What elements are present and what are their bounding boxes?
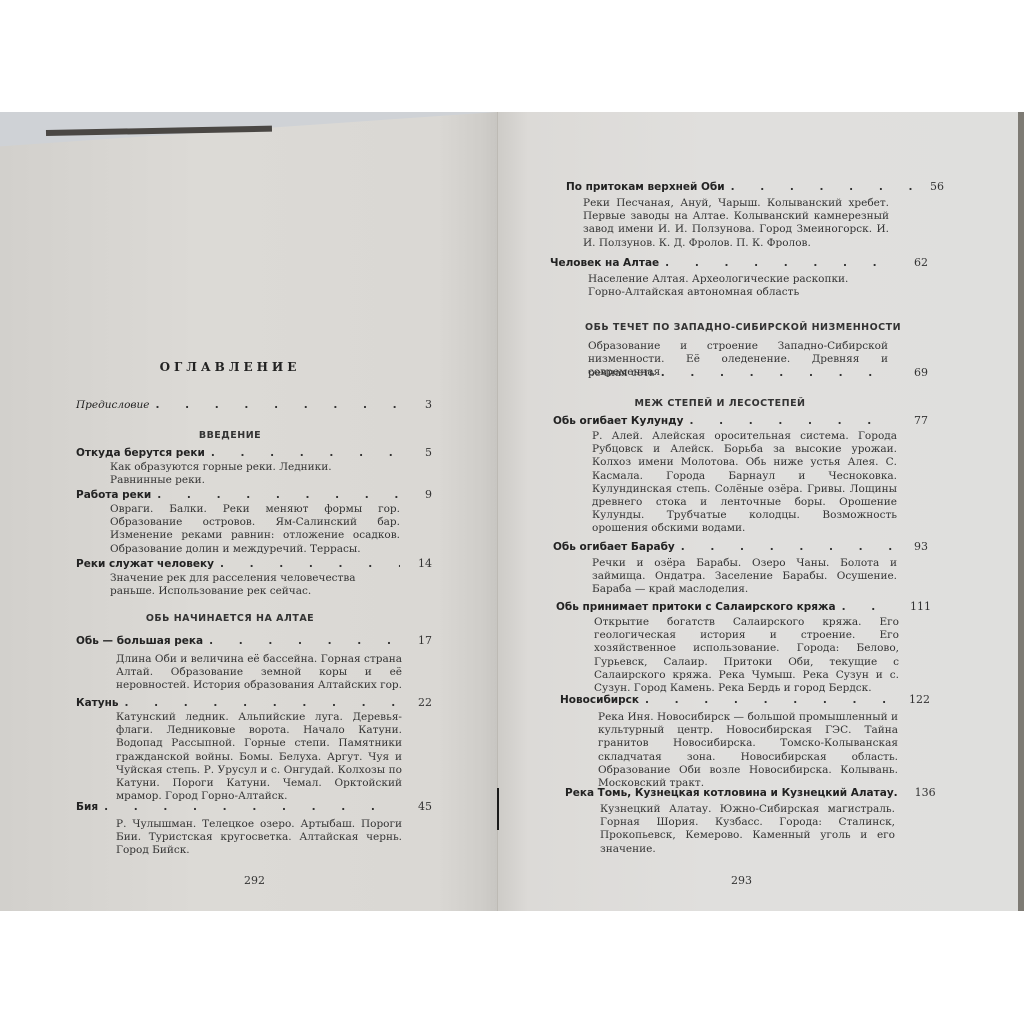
entry-label: Откуда берутся реки <box>76 447 205 459</box>
toc-entry[interactable]: Откуда берутся реки . . . . . . . . . . … <box>76 446 432 459</box>
entry-page: 93 <box>902 540 928 553</box>
leader-dots: . . . . . . . . . . . . . . . . . . . . <box>209 635 400 647</box>
entry-label: Предисловие <box>76 399 150 411</box>
entry-description: Река Иня. Новосибирск — большой промышле… <box>598 711 898 790</box>
entry-label: Катунь <box>76 697 119 709</box>
entry-description: Длина Оби и величина её бассейна. Горная… <box>116 653 402 693</box>
entry-page: 17 <box>406 634 432 647</box>
entry-description: Значение рек для расселения человечества… <box>110 572 400 598</box>
entry-label: Человек на Алтае <box>550 257 659 269</box>
entry-description: Реки Песчаная, Ануй, Чарыш. Колыванский … <box>583 197 889 250</box>
entry-description: Р. Алей. Алейская оросительная система. … <box>592 430 897 536</box>
entry-page: 122 <box>904 693 930 706</box>
entry-description: Кузнецкий Алатау. Южно-Сибирская магистр… <box>600 803 895 856</box>
entry-description: Катунский ледник. Альпийские луга. Дерев… <box>116 711 402 803</box>
entry-page: 14 <box>406 557 432 570</box>
toc-entry[interactable]: Обь — большая река . . . . . . . . . . .… <box>76 634 432 647</box>
entry-label: Обь огибает Кулунду <box>553 415 683 427</box>
leader-dots: . . . . . . . . . . . . . . . . . . . . <box>220 558 400 570</box>
entry-label: Реки служат человеку <box>76 558 214 570</box>
section-heading-intro: ВВЕДЕНИЕ <box>0 430 460 441</box>
toc-title: ОГЛАВЛЕНИЕ <box>0 360 460 374</box>
page-number-left: 292 <box>244 874 265 887</box>
toc-entry[interactable]: Обь огибает Кулунду . . . . . . . . . . … <box>553 414 928 427</box>
entry-page: 62 <box>902 256 928 269</box>
toc-entry[interactable]: Бия . . . . . . . . . . . . . . . . . . … <box>76 800 432 813</box>
entry-page: 22 <box>406 696 432 709</box>
entry-page: 9 <box>406 488 432 501</box>
leader-dots: . . . . . . . . . . . . . . . . . . . . <box>211 447 400 459</box>
entry-description: Р. Чулышман. Телецкое озеро. Артыбаш. По… <box>116 818 402 858</box>
entry-page: 5 <box>406 446 432 459</box>
section-heading-altai: ОБЬ НАЧИНАЕТСЯ НА АЛТАЕ <box>0 613 460 624</box>
section-heading-steppes: МЕЖ СТЕПЕЙ И ЛЕСОСТЕПЕЙ <box>500 398 940 409</box>
leader-dots: . . . . . . . . . . . . . . . . . . . . <box>125 697 401 709</box>
leader-dots: . . . . . . . . . . . . . . . . . . . . <box>665 257 896 269</box>
leader-dots: . . . . . . . . . . . . . . . . . . . . <box>842 601 899 613</box>
entry-label: речная сеть <box>588 367 655 379</box>
spine-gutter-mark <box>497 788 499 830</box>
entry-page: 77 <box>902 414 928 427</box>
entry-label: Новосибирск <box>560 694 639 706</box>
entry-page: 69 <box>902 366 928 379</box>
entry-description: Овраги. Балки. Реки меняют формы гор. Об… <box>110 503 400 556</box>
toc-entry[interactable]: Река Томь, Кузнецкая котловина и Кузнецк… <box>565 786 930 799</box>
entry-page: 56 <box>918 180 944 193</box>
entry-label: Бия <box>76 801 98 813</box>
entry-page: 45 <box>406 800 432 813</box>
entry-description: Население Алтая. Археологические раскопк… <box>588 273 888 299</box>
toc-entry[interactable]: Катунь . . . . . . . . . . . . . . . . .… <box>76 696 432 709</box>
leader-dots: . . . . . . . . . . . . . . . . . . . . <box>156 399 401 411</box>
entry-page: 3 <box>406 398 432 411</box>
entry-description: Речки и озёра Барабы. Озеро Чаны. Болота… <box>592 557 897 597</box>
toc-entry-preface[interactable]: Предисловие . . . . . . . . . . . . . . … <box>76 398 432 411</box>
page-edge-shadow <box>1018 112 1024 911</box>
leader-dots: . . . . . . . . . . . . . . . . . . . . <box>157 489 400 501</box>
toc-entry[interactable]: Человек на Алтае . . . . . . . . . . . .… <box>550 256 928 269</box>
leader-dots: . . . . . . . . . . . . . . . . . . . . <box>681 541 896 553</box>
toc-entry[interactable]: Работа реки . . . . . . . . . . . . . . … <box>76 488 432 501</box>
entry-label: Обь принимает притоки с Салаирского кряж… <box>556 601 836 613</box>
entry-description: Как образуются горные реки. Ледники. Рав… <box>110 461 350 487</box>
entry-label: Работа реки <box>76 489 151 501</box>
leader-dots: . . . . . . . . . . . . . . . . . . . . <box>104 801 400 813</box>
entry-description: Открытие богатств Салаирского кряжа. Его… <box>594 616 899 695</box>
entry-label: По притокам верхней Оби <box>566 181 725 193</box>
entry-label: Река Томь, Кузнецкая котловина и Кузнецк… <box>565 787 898 799</box>
page-number-right: 293 <box>731 874 752 887</box>
entry-page: 136 <box>910 786 936 799</box>
entry-label: Обь огибает Барабу <box>553 541 675 553</box>
entry-page: 111 <box>905 600 931 613</box>
entry-label: Обь — большая река <box>76 635 203 647</box>
leader-dots: . . . . . . . . . . . . . . . . . . . . <box>731 181 912 193</box>
toc-entry[interactable]: Реки служат человеку . . . . . . . . . .… <box>76 557 432 570</box>
toc-entry[interactable]: Обь огибает Барабу . . . . . . . . . . .… <box>553 540 928 553</box>
section-heading-west-siberia: ОБЬ ТЕЧЕТ ПО ЗАПАДНО-СИБИРСКОЙ НИЗМЕННОС… <box>585 322 905 333</box>
toc-entry[interactable]: речная сеть . . . . . . . . . . . . . . … <box>588 366 928 379</box>
toc-entry[interactable]: Обь принимает притоки с Салаирского кряж… <box>556 600 931 613</box>
leader-dots: . . . . . . . . . . . . . . . . . . . . <box>661 367 896 379</box>
leader-dots: . . . . . . . . . . . . . . . . . . . . <box>689 415 896 427</box>
toc-entry[interactable]: По притокам верхней Оби . . . . . . . . … <box>566 180 944 193</box>
leader-dots: . . . . . . . . . . . . . . . . . . . . <box>645 694 898 706</box>
toc-entry[interactable]: Новосибирск . . . . . . . . . . . . . . … <box>560 693 930 706</box>
